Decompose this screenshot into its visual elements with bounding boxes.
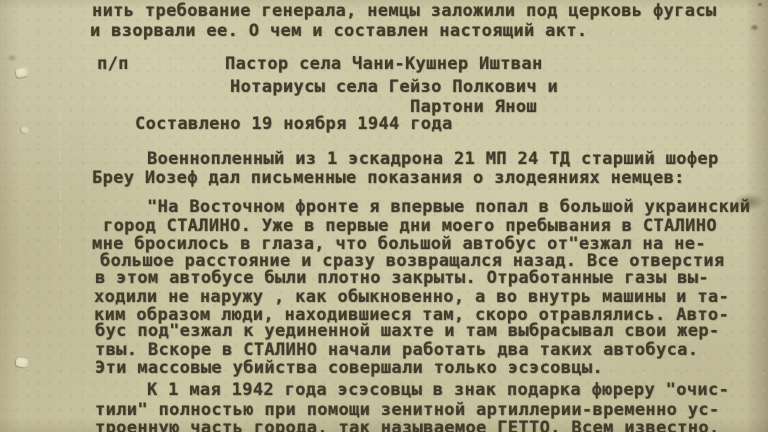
notary-signature-line: Нотариусы села Гейзо Полкович и	[230, 78, 558, 96]
paper-scratch	[60, 100, 61, 260]
pp-designation: п/п	[97, 55, 129, 73]
testimony-line: в этом автобусе были плотно закрыты. Отр…	[95, 269, 709, 287]
paper-chip	[15, 357, 28, 368]
scanned-document-page: нить требование генерала, немцы заложили…	[0, 0, 768, 432]
act-text-line: и взорвали ее. О чем и составлен настоящ…	[90, 22, 588, 40]
act-text-line: нить требование генерала, немцы заложили…	[92, 2, 717, 20]
testimony-intro-line: Военнопленный из 1 эскадрона 21 МП 24 ТД…	[147, 150, 719, 168]
ink-speck	[750, 24, 759, 31]
testimony-line: "На Восточном фронте я впервые попал в б…	[147, 198, 750, 216]
testimony-line: город СТАЛИНО. Уже в первые дни моего пр…	[103, 217, 717, 235]
testimony-line: твы. Вскоре в СТАЛИНО начали работать дв…	[95, 341, 698, 359]
testimony-line: Эти массовые убийства совершали только э…	[95, 359, 603, 377]
testimony-line: К 1 мая 1942 года эсэсовцы в знак подарк…	[147, 381, 729, 399]
pastor-signature-line: Пастор села Чани-Кушнер Иштван	[225, 55, 543, 73]
pencil-mark	[7, 54, 17, 62]
testimony-line: бус под"езжал к уединенной шахте и там в…	[95, 322, 720, 340]
date-line: Составлено 19 ноября 1944 года	[135, 115, 453, 133]
testimony-line: троенную часть города, так называемое ГЕ…	[95, 419, 720, 432]
testimony-intro-line: Бреу Иозеф дал письменные показания о зл…	[92, 169, 685, 187]
ink-speck	[757, 2, 763, 7]
testimony-line: тили" полностью при помощи зенитной арти…	[95, 401, 720, 419]
testimony-line: ходили не наружу , как обыкновенно, а во…	[94, 288, 729, 306]
